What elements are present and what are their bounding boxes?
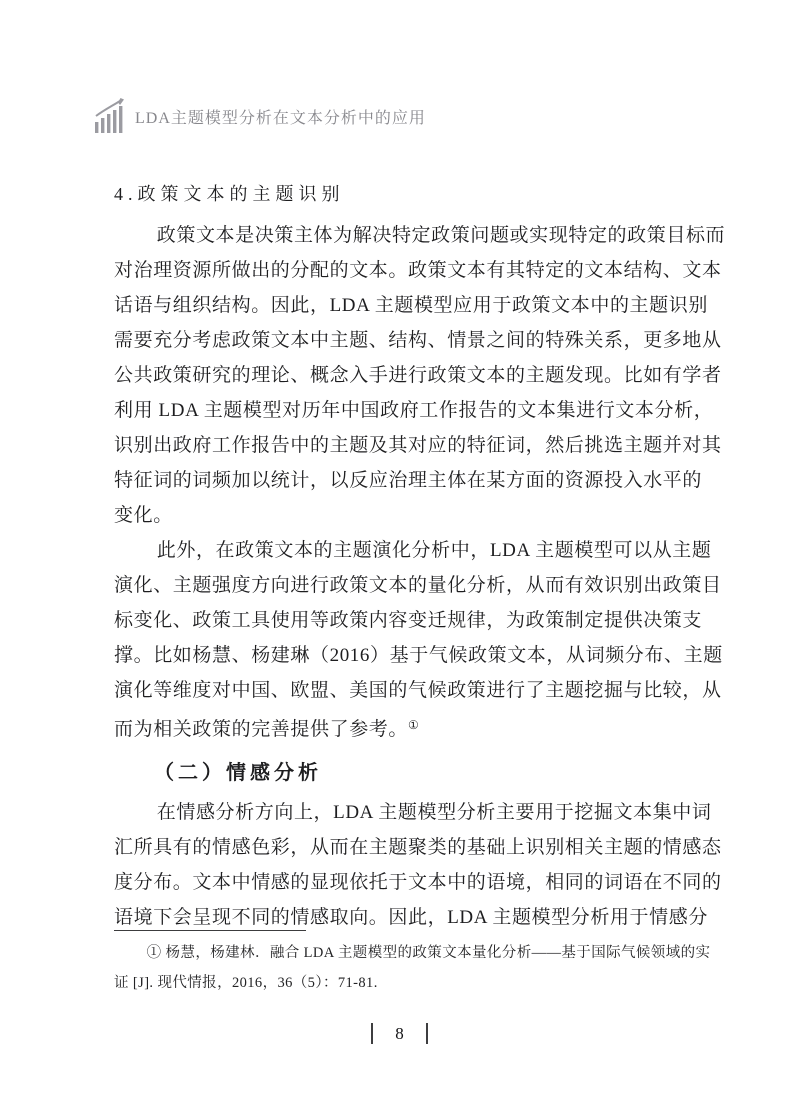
text-line: 对治理资源所做出的分配的文本。政策文本有其特定的文本结构、文本 xyxy=(114,253,692,288)
subsection-heading: （二）情感分析 xyxy=(114,755,692,791)
text-line: 演化、主题强度方向进行政策文本的量化分析，从而有效识别出政策目 xyxy=(114,568,692,603)
running-head-title: LDA主题模型分析在文本分析中的应用 xyxy=(135,105,426,128)
page-header: LDA主题模型分析在文本分析中的应用 xyxy=(94,98,426,134)
footer-rule-right xyxy=(426,1023,428,1044)
text-line: 汇所具有的情感色彩，从而在主题聚类的基础上识别相关主题的情感态 xyxy=(114,830,692,865)
paragraph-topic-evolution: 此外，在政策文本的主题演化分析中，LDA 主题模型可以从主题演化、主题强度方向进… xyxy=(114,533,692,747)
text-line: 证 [J]. 现代情报，2016，36（5）：71-81. xyxy=(114,968,696,998)
text-line: 特征词的词频加以统计，以反应治理主体在某方面的资源投入水平的 xyxy=(114,463,692,498)
page-number: 8 xyxy=(395,1024,404,1044)
document-page: LDA主题模型分析在文本分析中的应用 4.政策文本的主题识别 政策文本是决策主体… xyxy=(0,0,799,1118)
bar-chart-trend-icon xyxy=(94,98,126,134)
text-line: ① 杨慧，杨建林．融合 LDA 主题模型的政策文本量化分析——基于国际气候领域的… xyxy=(114,938,696,968)
footnote-text: ① 杨慧，杨建林．融合 LDA 主题模型的政策文本量化分析——基于国际气候领域的… xyxy=(114,938,696,998)
text-line: 需要充分考虑政策文本中主题、结构、情景之间的特殊关系，更多地从 xyxy=(114,323,692,358)
page-body: 4.政策文本的主题识别 政策文本是决策主体为解决特定政策问题或实现特定的政策目标… xyxy=(114,176,692,935)
text-line: 政策文本是决策主体为解决特定政策问题或实现特定的政策目标而 xyxy=(114,218,692,253)
text-line: 在情感分析方向上，LDA 主题模型分析主要用于挖掘文本集中词 xyxy=(114,795,692,830)
section-heading: 4.政策文本的主题识别 xyxy=(114,176,692,212)
text-line: 利用 LDA 主题模型对历年中国政府工作报告的文本集进行文本分析， xyxy=(114,393,692,428)
text-line: 标变化、政策工具使用等政策内容变迁规律，为政策制定提供决策支 xyxy=(114,603,692,638)
text-line: 此外，在政策文本的主题演化分析中，LDA 主题模型可以从主题 xyxy=(114,533,692,568)
text-line: 话语与组织结构。因此，LDA 主题模型应用于政策文本中的主题识别 xyxy=(114,288,692,323)
footer-rule-left xyxy=(371,1023,373,1044)
footnote-reference-mark: ① xyxy=(408,718,419,732)
text-line: 撑。比如杨慧、杨建琳（2016）基于气候政策文本，从词频分布、主题 xyxy=(114,638,692,673)
footnote-divider xyxy=(114,930,306,931)
text-line: 度分布。文本中情感的显现依托于文本中的语境，相同的词语在不同的 xyxy=(114,865,692,900)
text-line: 演化等维度对中国、欧盟、美国的气候政策进行了主题挖掘与比较，从 xyxy=(114,673,692,708)
text-line: 变化。 xyxy=(114,498,692,533)
paragraph-policy-text: 政策文本是决策主体为解决特定政策问题或实现特定的政策目标而对治理资源所做出的分配… xyxy=(114,218,692,533)
text-line: 识别出政府工作报告中的主题及其对应的特征词，然后挑选主题并对其 xyxy=(114,428,692,463)
text-line: 公共政策研究的理论、概念入手进行政策文本的主题发现。比如有学者 xyxy=(114,358,692,393)
page-footer: 8 xyxy=(0,1023,799,1044)
paragraph-sentiment-analysis: 在情感分析方向上，LDA 主题模型分析主要用于挖掘文本集中词汇所具有的情感色彩，… xyxy=(114,795,692,935)
text-line: 而为相关政策的完善提供了参考。① xyxy=(114,708,692,747)
footnote: ① 杨慧，杨建林．融合 LDA 主题模型的政策文本量化分析——基于国际气候领域的… xyxy=(114,930,696,998)
